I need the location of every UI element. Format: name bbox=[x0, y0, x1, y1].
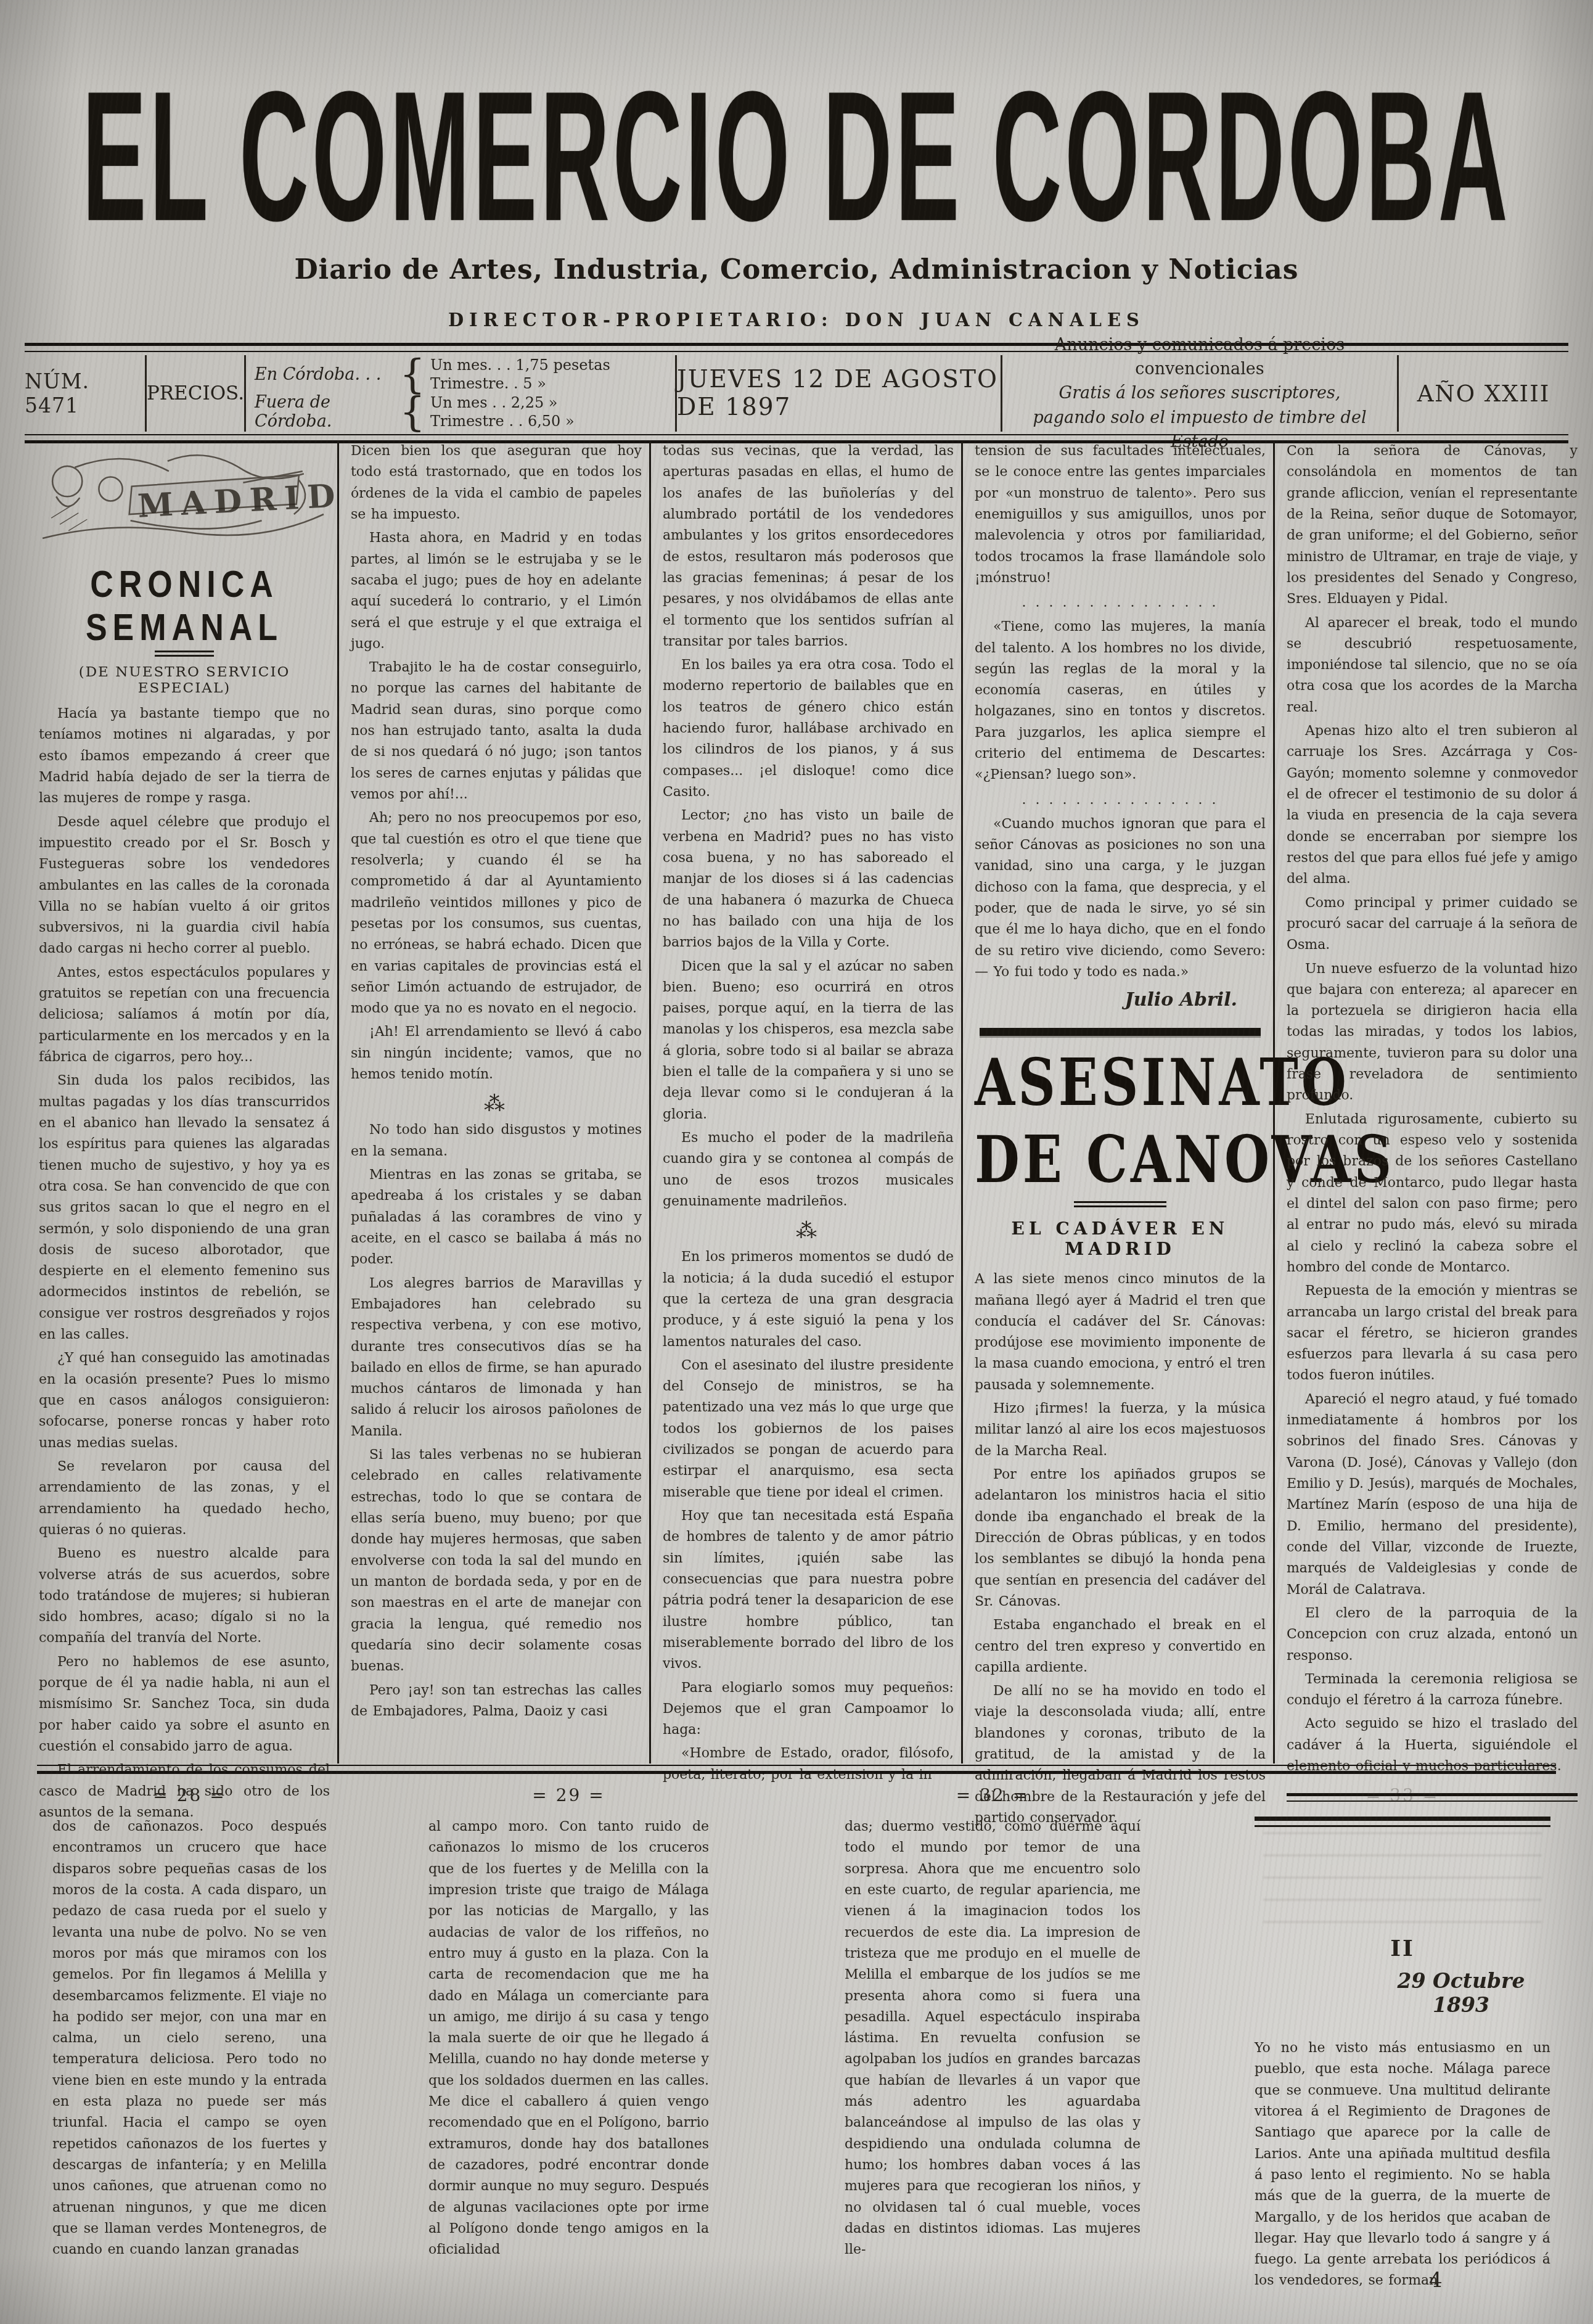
paragraph: «Cuando muchos ignoran que para el señor… bbox=[975, 814, 1266, 983]
article-columns: MADRIDCRONICA SEMANAL(DE NUESTRO SERVICI… bbox=[34, 441, 1559, 1764]
paragraph: Por entre los apiñados grupos se adelant… bbox=[975, 1464, 1266, 1612]
price-row: Trimestre . . 6,50 » bbox=[430, 412, 575, 430]
paragraph: Para elogiarlo somos muy pequeños: Dejem… bbox=[663, 1678, 954, 1741]
column-1: MADRIDCRONICA SEMANAL(DE NUESTRO SERVICI… bbox=[39, 441, 330, 1823]
paragraph: Ah; pero no nos preocupemos por eso, que… bbox=[351, 808, 642, 1019]
paragraph: Mientras en las zonas se gritaba, se ape… bbox=[351, 1165, 642, 1271]
column-4: tension de sus facultades intelectuales,… bbox=[975, 441, 1266, 1829]
folletin-column-4: = 33 = II29 Octubre 1893Yo no he visto m… bbox=[1255, 1785, 1550, 2292]
heavy-rule bbox=[980, 1028, 1261, 1036]
paragraph: Con el asesinato del ilustre presidente … bbox=[663, 1355, 954, 1503]
paragraph: Hizo ¡firmes! la fuerza, y la música mil… bbox=[975, 1398, 1266, 1462]
column-divider bbox=[961, 441, 963, 1764]
paragraph: A las siete menos cinco minutos de la ma… bbox=[975, 1269, 1266, 1396]
price-table: En Córdoba. . . { Un mes. . . 1,75 peset… bbox=[244, 355, 675, 432]
masthead: EL COMERCIO DE CORDOBA bbox=[0, 52, 1593, 162]
column-divider bbox=[649, 441, 651, 1764]
paragraph: Al aparecer el break, todo el mundo se d… bbox=[1287, 613, 1578, 719]
paragraph: Apareció el negro ataud, y fué tomado in… bbox=[1287, 1389, 1578, 1601]
price-row: Trimestre. . 5 » bbox=[430, 374, 610, 393]
paragraph: «Tiene, como las mujeres, la manía del t… bbox=[975, 617, 1266, 786]
paragraph: Hoy que tan necesitada está España de ho… bbox=[663, 1506, 954, 1675]
service-line: (DE NUESTRO SERVICIO ESPECIAL) bbox=[39, 664, 330, 696]
signature: Julio Abril. bbox=[975, 989, 1266, 1011]
paragraph: Pero ¡ay! son tan estrechas las calles d… bbox=[351, 1680, 642, 1723]
paragraph: Pero no hablemos de ese asunto, porque d… bbox=[39, 1652, 330, 1758]
paragraph: Terminada la ceremonia religiosa se cond… bbox=[1287, 1669, 1578, 1712]
headline-underline bbox=[1074, 1201, 1166, 1207]
paragraph: Desde aquel célebre que produjo el impue… bbox=[39, 812, 330, 960]
info-bar: NÚM. 5471 PRECIOS. En Córdoba. . . { Un … bbox=[25, 355, 1568, 432]
article-headline: ASESINATODE CANOVAS bbox=[975, 1052, 1266, 1190]
paragraph: Los alegres barrios de Maravillas y Emba… bbox=[351, 1273, 642, 1443]
paragraph: Dicen bien los que aseguran que hoy todo… bbox=[351, 441, 642, 525]
brace-glyph: { bbox=[399, 358, 425, 391]
paragraph: ¿Y qué han conseguido las amotinadas en … bbox=[39, 1348, 330, 1454]
folletin-column-2: = 29 = al campo moro. Con tanto ruido de… bbox=[428, 1785, 709, 2261]
column-5: Con la señora de Cánovas, y consolándola… bbox=[1287, 441, 1578, 1802]
column-divider bbox=[337, 441, 339, 1764]
prices-label: PRECIOS. bbox=[145, 355, 244, 432]
page-folio: 4 bbox=[1429, 2268, 1443, 2293]
paragraph: Trabajito le ha de costar conseguirlo, n… bbox=[351, 657, 642, 805]
chapter-numeral: II bbox=[1255, 1936, 1550, 1961]
paragraph: Con la señora de Cánovas, y consolándola… bbox=[1287, 441, 1578, 610]
ad-notice-line: Gratis á los señores suscriptores, bbox=[1059, 381, 1341, 405]
paragraph: Estaba enganchado el break en el centro … bbox=[975, 1615, 1266, 1678]
asterism-divider: ⁂ bbox=[351, 1091, 642, 1116]
article-headline-line: ASESINATO bbox=[975, 1045, 1266, 1121]
paragraph: Si las tales verbenas no se hubieran cel… bbox=[351, 1445, 642, 1677]
paragraph: Bueno es nuestro alcalde para volverse a… bbox=[39, 1543, 330, 1649]
folletin-section: = 28 = dos de cañonazos. Poco después en… bbox=[34, 1785, 1559, 2309]
ad-notice-line: Anuncios y comunicados á precios convenc… bbox=[1002, 333, 1397, 381]
section-heading: CRONICA SEMANAL bbox=[39, 562, 330, 650]
paragraph: Dicen que la sal y el azúcar no saben bi… bbox=[663, 956, 954, 1126]
price-row: Un mes. . . 1,75 pesetas bbox=[430, 356, 610, 374]
ink-bleed-ghost bbox=[1263, 1832, 1542, 1924]
newspaper-title: EL COMERCIO DE CORDOBA bbox=[82, 52, 1510, 264]
asterism-divider: ⁂ bbox=[663, 1218, 954, 1243]
paragraph: Repuesta de la emoción y mientras se arr… bbox=[1287, 1281, 1578, 1387]
dots-divider: . . . . . . . . . . . . . . . bbox=[975, 792, 1266, 808]
paragraph: No todo han sido disgustos y motines en … bbox=[351, 1120, 642, 1162]
price-scope: Fuera de Córdoba. bbox=[255, 393, 399, 431]
folletin-page-number: = 28 = bbox=[52, 1785, 327, 1805]
section-separator-rule bbox=[37, 1765, 1556, 1774]
article-subhead: EL CADÁVER EN MADRID bbox=[975, 1218, 1266, 1259]
paragraph: Enlutada rigurosamente, cubierto su rost… bbox=[1287, 1109, 1578, 1279]
folletin-page-number: = 29 = bbox=[428, 1785, 709, 1805]
newspaper-page: EL COMERCIO DE CORDOBA Diario de Artes, … bbox=[0, 0, 1593, 2324]
paragraph: Yo no he visto más entusiasmo en un pueb… bbox=[1255, 2038, 1550, 2292]
paragraph: Es mucho el poder de la madrileña cuando… bbox=[663, 1128, 954, 1212]
paragraph: El clero de la parroquia de la Concepcio… bbox=[1287, 1603, 1578, 1667]
folletin-page-number: = 32 = bbox=[845, 1785, 1140, 1805]
madrid-vignette: MADRID bbox=[39, 443, 330, 560]
edition-date: JUEVES 12 DE AGOSTO DE 1897 bbox=[675, 355, 1001, 432]
paragraph: Sin duda los palos recibidos, las multas… bbox=[39, 1070, 330, 1345]
paragraph: todas sus vecinas, que la verdad, las ap… bbox=[663, 441, 954, 652]
article-headline-line: DE CANOVAS bbox=[975, 1122, 1266, 1198]
paragraph: tension de sus facultades intelectuales,… bbox=[975, 441, 1266, 589]
director-line: DIRECTOR-PROPIETARIO: DON JUAN CANALES bbox=[0, 310, 1593, 331]
paragraph: dos de cañonazos. Poco después encontram… bbox=[52, 1817, 327, 2261]
price-row: Un mes . . 2,25 » bbox=[430, 393, 575, 412]
column-3: todas sus vecinas, que la verdad, las ap… bbox=[663, 441, 954, 1786]
folletin-page-number: = 33 = bbox=[1255, 1785, 1550, 1805]
paragraph: Hasta ahora, en Madrid y en todas partes… bbox=[351, 528, 642, 655]
paragraph: Apenas hizo alto el tren subieron al car… bbox=[1287, 721, 1578, 890]
paragraph: Lector; ¿no has visto un baile de verben… bbox=[663, 805, 954, 953]
paragraph: Hacía ya bastante tiempo que no teníamos… bbox=[39, 704, 330, 810]
ad-notice: Anuncios y comunicados á precios convenc… bbox=[1001, 355, 1397, 432]
dots-divider: . . . . . . . . . . . . . . . bbox=[975, 595, 1266, 610]
folletin-column-1: = 28 = dos de cañonazos. Poco después en… bbox=[52, 1785, 327, 2261]
price-scope: En Córdoba. . . bbox=[255, 365, 399, 384]
paragraph: ¡Ah! El arrendamiento se llevó á cabo si… bbox=[351, 1022, 642, 1085]
paragraph: Se revelaron por causa del arrendamiento… bbox=[39, 1456, 330, 1541]
folletin-column-3: = 32 = das; duermo vestido, como duerme … bbox=[845, 1785, 1140, 2261]
paragraph: Como principal y primer cuidado se procu… bbox=[1287, 893, 1578, 956]
paragraph: En los primeros momentos se dudó de la n… bbox=[663, 1247, 954, 1353]
price-group-en-cordoba: En Córdoba. . . { Un mes. . . 1,75 peset… bbox=[255, 356, 610, 393]
paragraph: Un nueve esfuerzo de la voluntad hizo qu… bbox=[1287, 959, 1578, 1107]
brace-glyph: { bbox=[399, 396, 425, 429]
heading-underline bbox=[155, 651, 214, 657]
paragraph: das; duermo vestido, como duerme aquí to… bbox=[845, 1817, 1140, 2261]
newspaper-subtitle: Diario de Artes, Industria, Comercio, Ad… bbox=[0, 254, 1593, 285]
paragraph: al campo moro. Con tanto ruido de cañona… bbox=[428, 1817, 709, 2261]
paragraph: En los bailes ya era otra cosa. Todo el … bbox=[663, 655, 954, 803]
year-badge: AÑO XXIII bbox=[1397, 355, 1568, 432]
date-line: 29 Octubre 1893 bbox=[1255, 1969, 1550, 2017]
price-group-fuera-cordoba: Fuera de Córdoba. { Un mes . . 2,25 » Tr… bbox=[255, 393, 575, 431]
paragraph: Antes, estos espectáculos populares y gr… bbox=[39, 963, 330, 1069]
folletin-top-rule bbox=[1255, 1817, 1550, 1827]
column-2: Dicen bien los que aseguran que hoy todo… bbox=[351, 441, 642, 1722]
issue-number: NÚM. 5471 bbox=[25, 355, 145, 432]
